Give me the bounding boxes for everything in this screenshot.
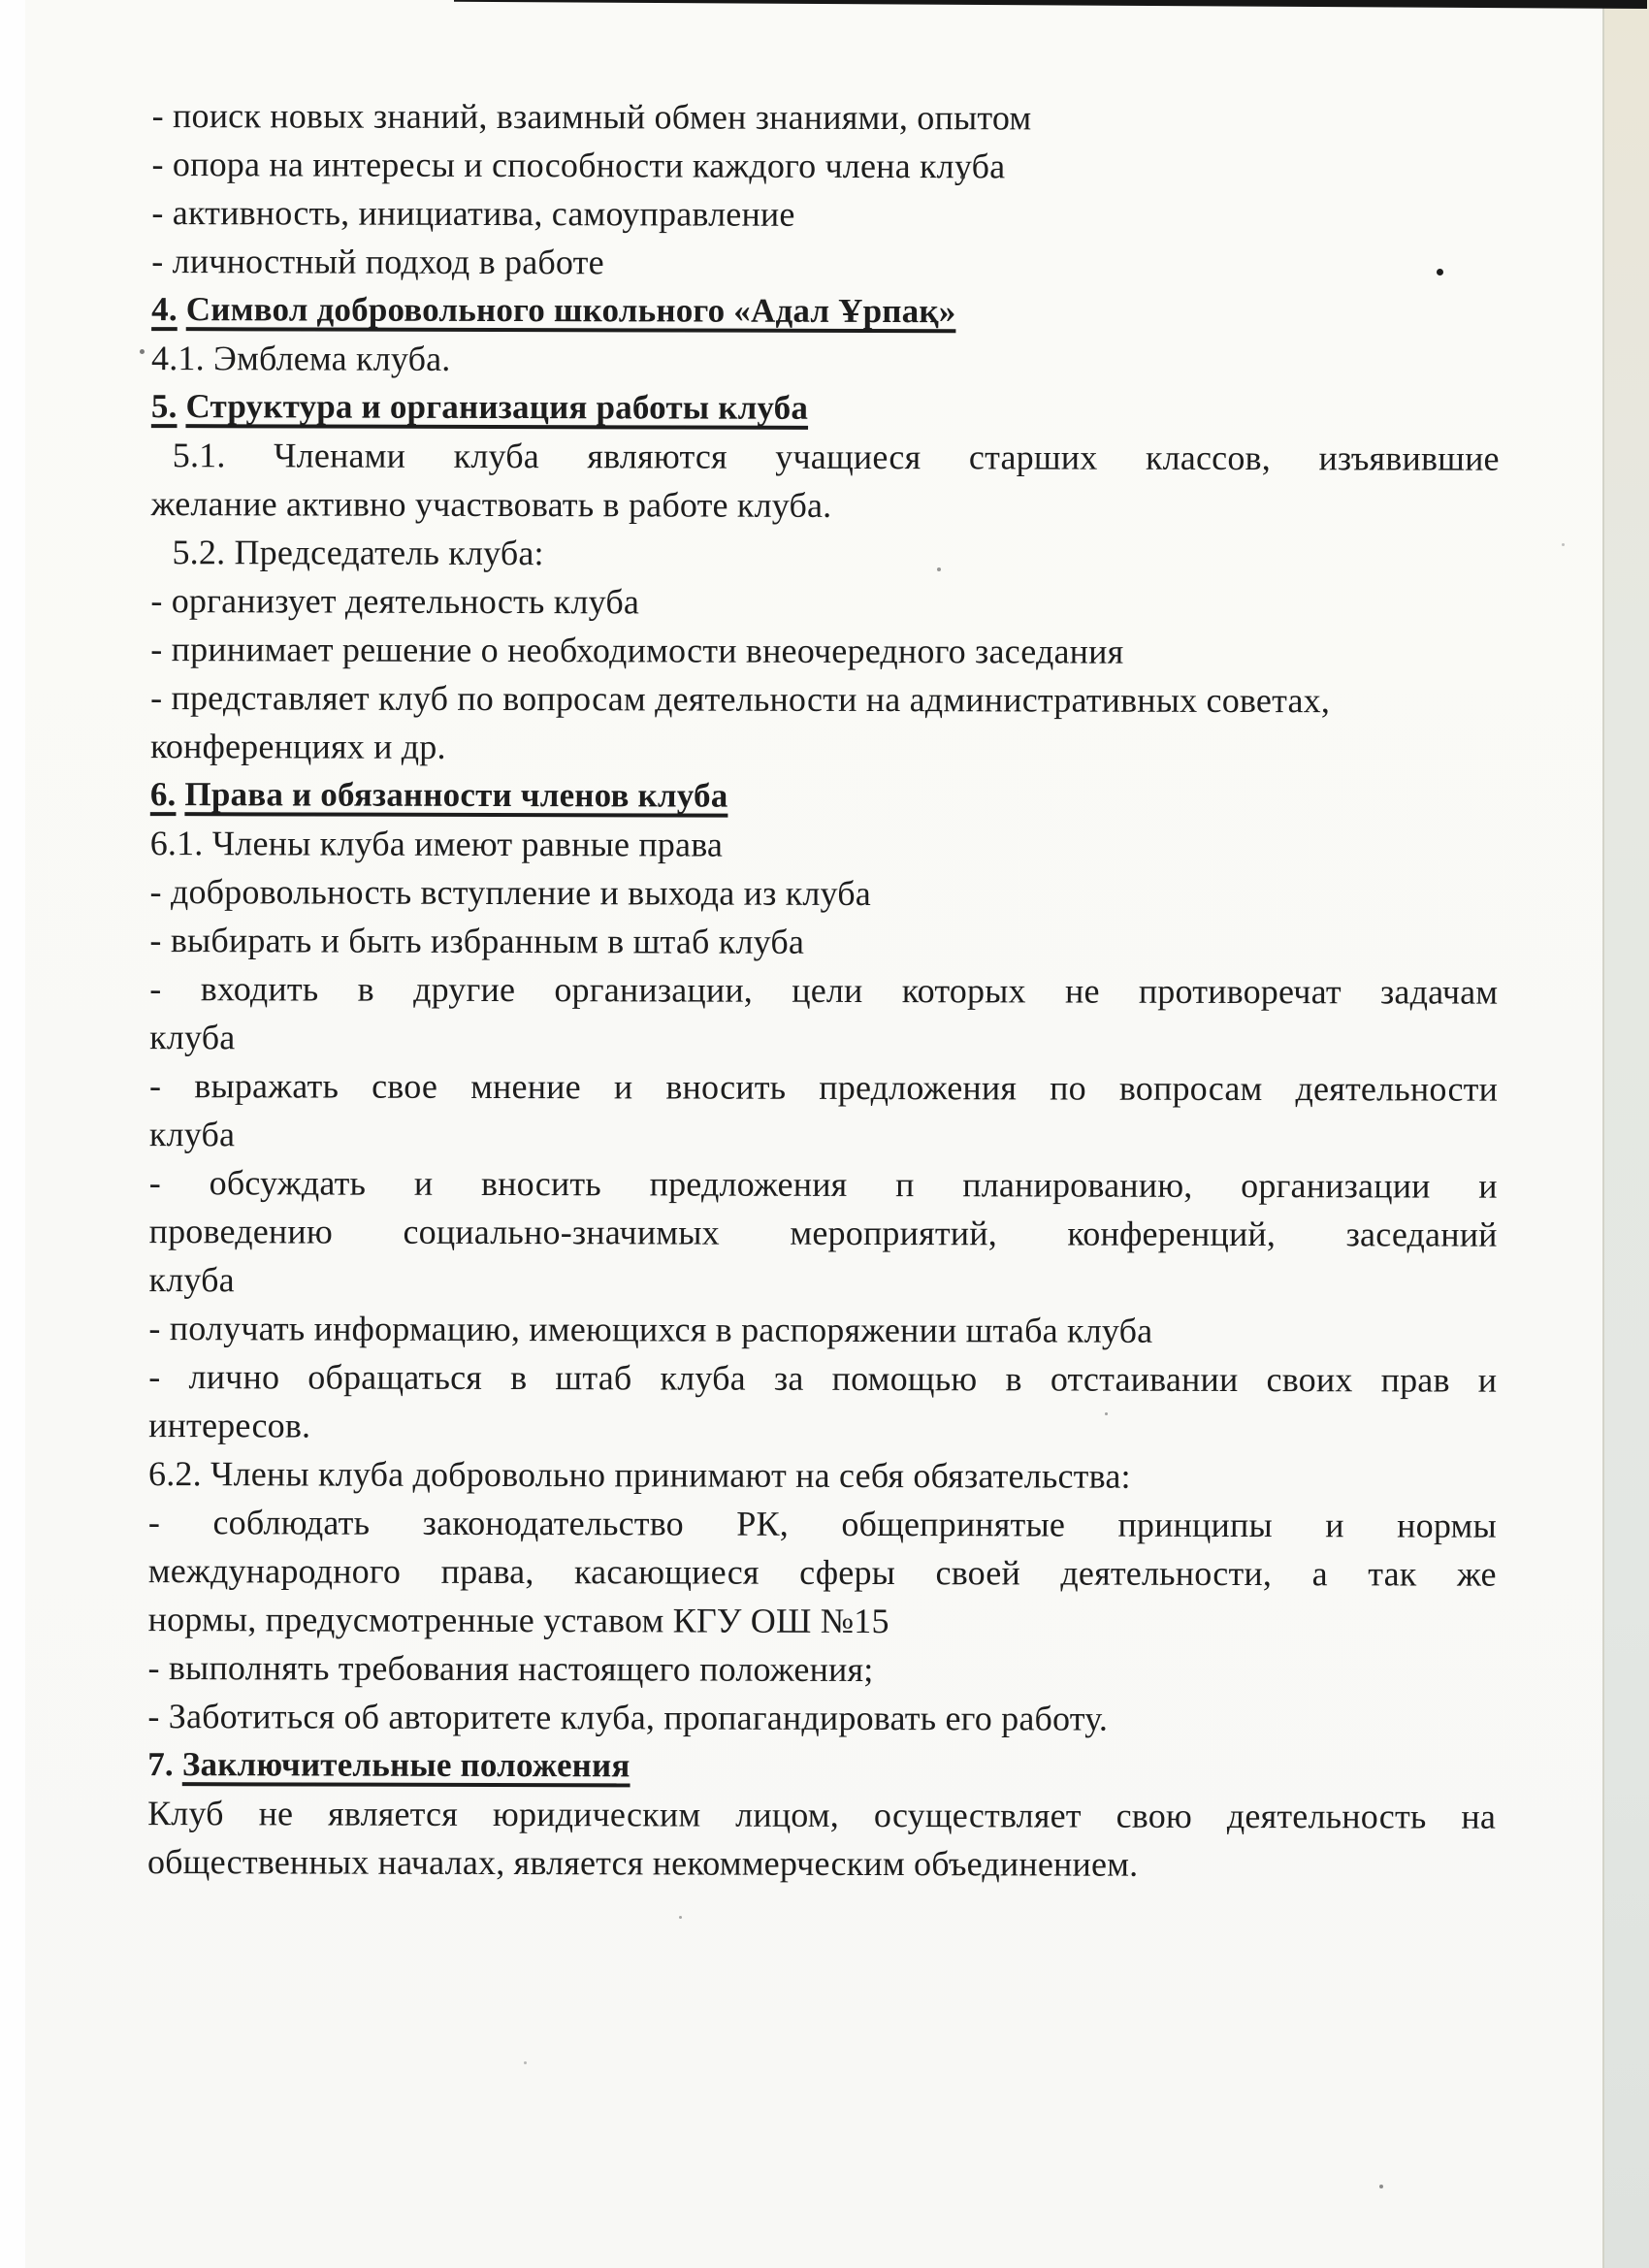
scan-speck	[679, 1916, 682, 1919]
scanned-page: - поиск новых знаний, взаимный обмен зна…	[0, 0, 1649, 2268]
text-line: - Заботиться об авторитете клуба, пропаг…	[147, 1692, 1496, 1744]
heading-number: 7.	[147, 1745, 174, 1783]
section-heading: 4. Символ добровольного школьного «Адал …	[151, 285, 1500, 338]
text-line: общественных началах, является некоммерч…	[147, 1837, 1496, 1890]
scan-speck	[1562, 543, 1565, 546]
scan-speck	[1379, 2185, 1383, 2188]
text-line: - организует деятельность клуба	[150, 576, 1499, 629]
section-heading: 6. Права и обязанности членов клуба	[150, 770, 1499, 823]
heading-title: Структура и организация работы клуба	[185, 387, 808, 427]
text-line: 4.1. Эмблема клуба.	[151, 334, 1500, 386]
section-heading: 5. Структура и организация работы клуба	[151, 382, 1500, 435]
text-line: международного права, касающиеся сферы с…	[148, 1546, 1497, 1599]
text-block: - поиск новых знаний, взаимный обмен зна…	[0, 0, 1649, 1890]
scan-speck	[937, 567, 941, 571]
heading-number: 6.	[150, 775, 177, 813]
text-line: клуба	[149, 1013, 1498, 1065]
scan-speck	[524, 2061, 527, 2064]
text-line: - получать информацию, имеющихся в распо…	[148, 1304, 1497, 1356]
heading-title: Заключительные положения	[182, 1745, 630, 1784]
text-line: клуба	[149, 1110, 1498, 1162]
text-line: 5.1. Членами клуба являются учащиеся ста…	[151, 431, 1500, 483]
text-line: - представляет клуб по вопросам деятельн…	[150, 673, 1499, 726]
text-line: проведению социально-значимых мероприяти…	[149, 1207, 1498, 1259]
scan-speck	[140, 349, 145, 354]
text-line: клуба	[148, 1255, 1497, 1308]
text-line: желание активно участвовать в работе клу…	[151, 479, 1500, 532]
heading-number: 4.	[151, 290, 178, 328]
text-line: - выполнять требования настоящего положе…	[147, 1643, 1496, 1696]
scan-speck	[960, 175, 965, 179]
text-line: - добровольность вступление и выхода из …	[150, 867, 1499, 920]
scan-speck	[1437, 269, 1443, 275]
text-line: - активность, инициатива, самоуправление	[151, 188, 1500, 241]
heading-title: Символ добровольного школьного «Адал Ұрп…	[186, 290, 956, 330]
text-line: - соблюдать законодательство РК, общепри…	[148, 1498, 1497, 1550]
heading-number: 5.	[151, 387, 178, 425]
text-line: нормы, предусмотренные уставом КГУ ОШ №1…	[148, 1595, 1497, 1647]
text-line: - входить в другие организации, цели кот…	[149, 964, 1498, 1017]
text-line: - обсуждать и вносить предложения п план…	[149, 1158, 1498, 1211]
text-line: 6.2. Члены клуба добровольно принимают н…	[148, 1449, 1497, 1502]
text-line: - поиск новых знаний, взаимный обмен зна…	[152, 91, 1501, 144]
text-line: - лично обращаться в штаб клуба за помощ…	[148, 1352, 1497, 1405]
section-heading: 7. Заключительные положения	[147, 1740, 1496, 1793]
text-line: конференциях и др.	[150, 722, 1499, 774]
text-line: - личностный подход в работе	[151, 237, 1500, 289]
text-line: интересов.	[148, 1401, 1497, 1453]
text-line: - опора на интересы и способности каждог…	[151, 140, 1500, 192]
text-line: Клуб не является юридическим лицом, осущ…	[147, 1789, 1496, 1841]
text-line: 6.1. Члены клуба имеют равные права	[150, 819, 1499, 871]
scan-speck	[1105, 1412, 1108, 1415]
text-line: - выражать свое мнение и вносить предлож…	[149, 1061, 1498, 1114]
heading-title: Права и обязанности членов клуба	[184, 775, 727, 814]
text-line: - принимает решение о необходимости внео…	[150, 625, 1499, 677]
text-line: 5.2. Председатель клуба:	[150, 528, 1499, 580]
text-line: - выбирать и быть избранным в штаб клуба	[149, 916, 1498, 968]
